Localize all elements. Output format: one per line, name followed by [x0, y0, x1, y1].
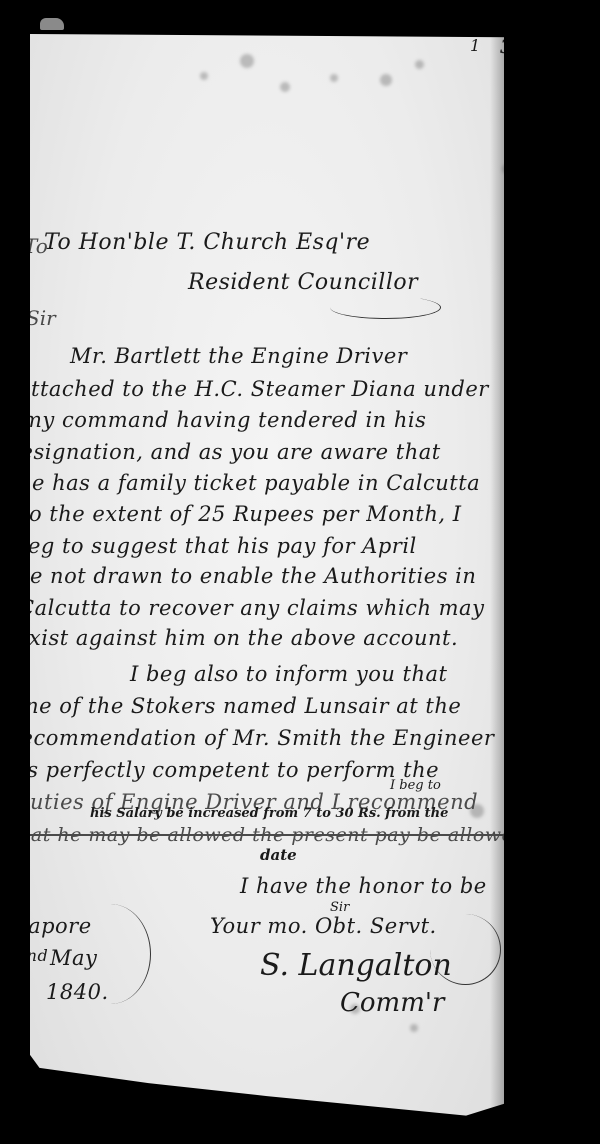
body-line: Calcutta to recover any claims which may — [18, 596, 484, 620]
page-corner-tab — [40, 18, 64, 30]
body-line: exist against him on the above account. — [16, 626, 458, 650]
after-strike-text: date — [260, 846, 297, 864]
body-line: attached to the H.C. Steamer Diana under — [18, 377, 489, 401]
body-line: be not drawn to enable the Authorities i… — [16, 564, 476, 588]
insertion-caret-note: I beg to — [390, 778, 441, 793]
signature-flourish — [430, 914, 501, 985]
recipient-line: To Hon'ble T. Church Esq're — [44, 230, 370, 255]
foxing-spot — [380, 74, 392, 86]
signature-name: S. Langalton — [260, 948, 452, 983]
body-line: I beg also to inform you that — [130, 662, 447, 686]
foxing-spot — [415, 60, 424, 69]
closing-servant: Your mo. Obt. Servt. — [210, 914, 437, 938]
margin-mark: 1 — [470, 36, 480, 55]
closing-line: I have the honor to be — [240, 874, 487, 898]
body-line: he has a family ticket payable in Calcut… — [18, 471, 480, 495]
body-line: to the extent of 25 Rupees per Month, I — [20, 502, 462, 526]
interlinear-insertion: his Salary be increased from 7 to 30 Rs.… — [90, 806, 448, 821]
date-bracket — [70, 904, 151, 1004]
signature-role: Comm'r — [340, 988, 444, 1018]
body-line: beg to suggest that his pay for April — [14, 534, 417, 558]
body-line: my command having tendered in his — [22, 408, 426, 432]
page-number: 32. — [500, 36, 533, 58]
body-line: one of the Stokers named Lunsair at the — [12, 694, 461, 718]
letter-page: 1 32. To To Hon'ble T. Church Esq're Res… — [30, 34, 504, 1120]
struck-through-text: that he may be allowed the present pay b… — [10, 824, 526, 846]
recipient-title: Resident Councillor — [188, 270, 418, 295]
day: 2nd — [16, 946, 48, 965]
body-line: resignation, and as you are aware that — [10, 440, 441, 464]
body-line: recommendation of Mr. Smith the Engineer — [10, 726, 494, 750]
foxing-spot — [410, 1024, 418, 1032]
foxing-spot — [280, 82, 290, 92]
foxing-spot — [240, 54, 254, 68]
address-flourish — [330, 296, 441, 319]
foxing-spot — [502, 164, 512, 174]
foxing-spot — [330, 74, 338, 82]
salutation-fragment: Sir — [26, 306, 56, 330]
foxing-spot — [200, 72, 208, 80]
body-line: Mr. Bartlett the Engine Driver — [70, 344, 407, 368]
body-line: is perfectly competent to perform the — [20, 758, 439, 782]
closing-sir: Sir — [330, 900, 349, 915]
